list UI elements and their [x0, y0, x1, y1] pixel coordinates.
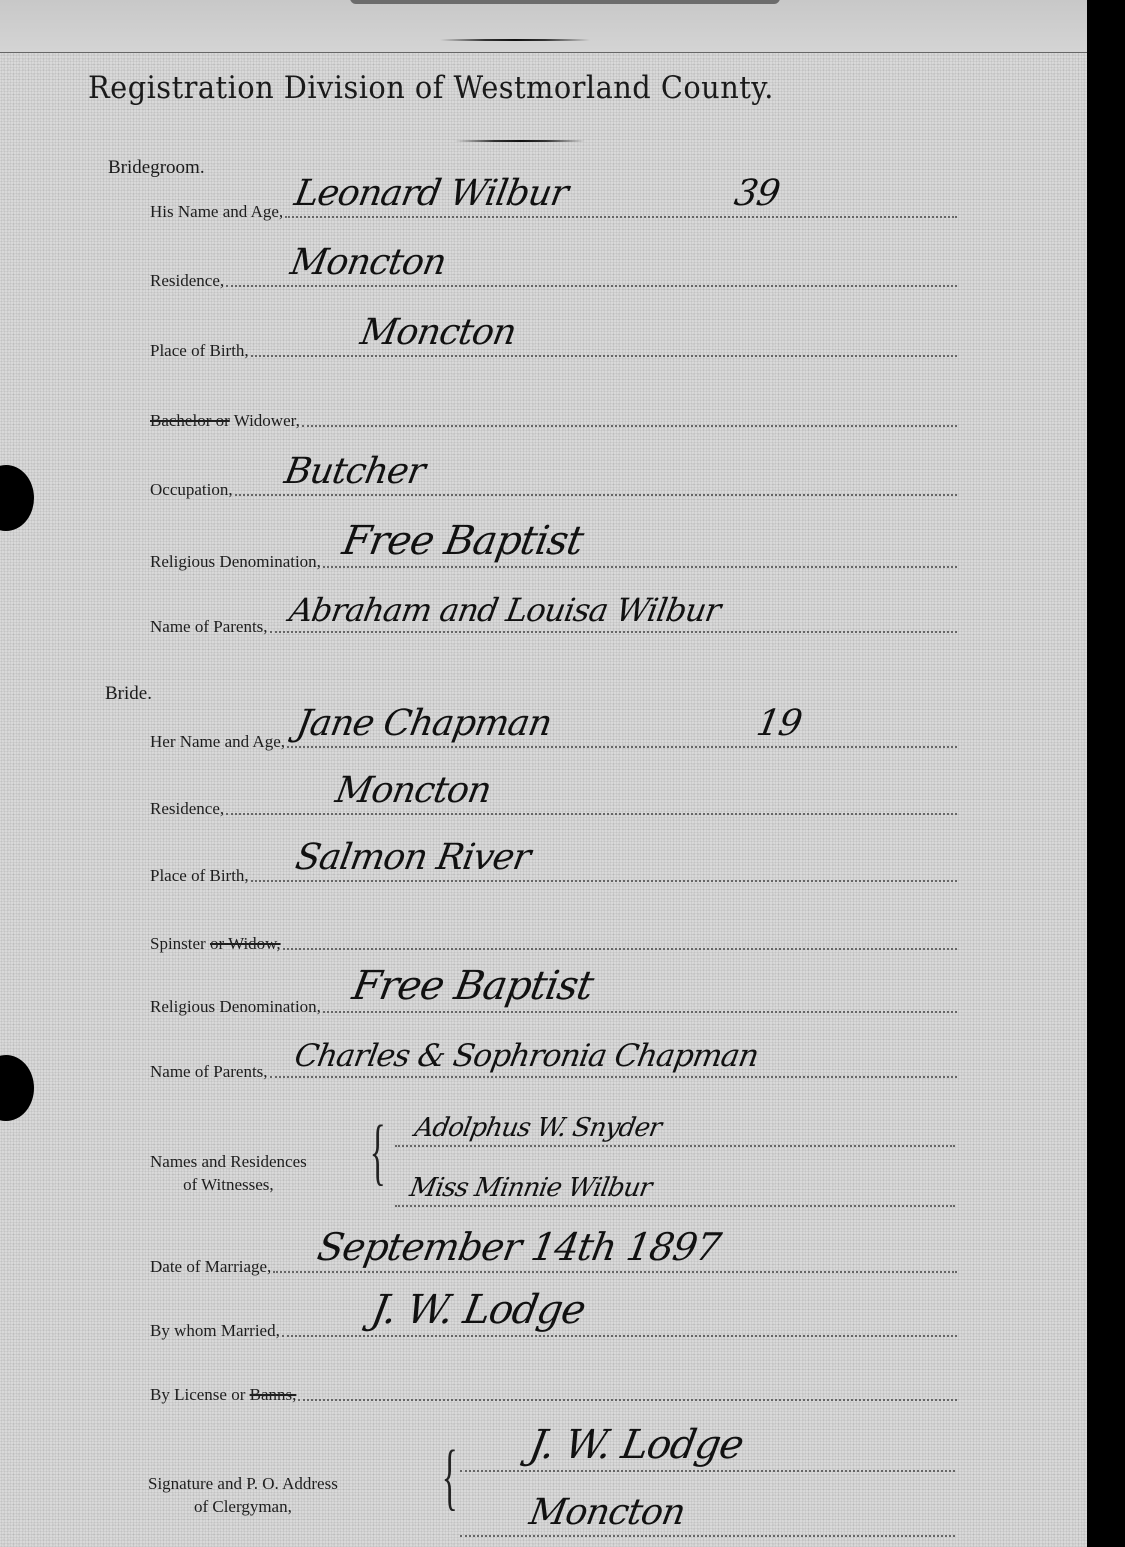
bride-age-value: 19: [753, 703, 804, 744]
officiant-value: J. W. Lodge: [368, 1287, 589, 1333]
cut-off-title-remnant: [350, 0, 780, 4]
bride-name-label: Her Name and Age,: [150, 732, 285, 753]
punch-hole-upper: [0, 465, 34, 531]
ornament-divider: [440, 37, 590, 43]
bride-marital-status-row: Spinster or Widow,: [150, 925, 957, 955]
license-row: By License or Banns,: [150, 1376, 957, 1406]
groom-name-value: Leonard Wilbur: [292, 173, 571, 214]
groom-occupation-line: Butcher: [235, 493, 957, 496]
page-title: Registration Division of Westmorland Cou…: [88, 70, 774, 106]
groom-name-label: His Name and Age,: [150, 202, 283, 223]
groom-parents-label: Name of Parents,: [150, 617, 268, 638]
bride-name-age-row: Her Name and Age, Jane Chapman 19: [150, 723, 957, 753]
bridegroom-section-label: Bridegroom.: [108, 157, 205, 179]
bride-birthplace-value: Salmon River: [292, 837, 533, 878]
witnesses-brace: {: [370, 1115, 386, 1189]
groom-parents-row: Name of Parents, Abraham and Louisa Wilb…: [150, 608, 957, 638]
bride-parents-line: Charles & Sophronia Chapman: [270, 1075, 957, 1078]
struck-bachelor-option: Bachelor or: [150, 411, 230, 430]
officiant-row: By whom Married, J. W. Lodge: [150, 1312, 957, 1342]
groom-residence-label: Residence,: [150, 271, 224, 292]
groom-religion-line: Free Baptist: [323, 565, 957, 568]
marriage-date-line: September 14th 1897: [273, 1270, 957, 1273]
bride-marital-status-label: Spinster or Widow,: [150, 934, 281, 955]
bride-residence-row: Residence, Moncton: [150, 790, 957, 820]
officiant-line: J. W. Lodge: [282, 1334, 957, 1337]
clergyman-label: Signature and P. O. Address of Clergyman…: [148, 1472, 338, 1518]
clergyman-address-value: Moncton: [526, 1492, 687, 1533]
bride-marital-status-line: [283, 947, 957, 950]
bride-name-value: Jane Chapman: [293, 703, 554, 744]
registration-document: Registration Division of Westmorland Cou…: [0, 0, 1087, 1547]
clergyman-label-line2: of Clergyman,: [148, 1495, 338, 1518]
bride-birthplace-label: Place of Birth,: [150, 866, 249, 887]
groom-occupation-value: Butcher: [281, 451, 427, 492]
groom-parents-line: Abraham and Louisa Wilbur: [270, 630, 957, 633]
punch-hole-lower: [0, 1055, 34, 1121]
marriage-date-row: Date of Marriage, September 14th 1897: [150, 1248, 957, 1278]
bride-residence-line: Moncton: [226, 812, 957, 815]
bride-section-label: Bride.: [105, 683, 152, 705]
bride-religion-line: Free Baptist: [323, 1010, 957, 1013]
witness-2-value: Miss Minnie Wilbur: [407, 1173, 653, 1203]
bride-residence-label: Residence,: [150, 799, 224, 820]
bride-name-line: Jane Chapman 19: [287, 745, 957, 748]
groom-birthplace-row: Place of Birth, Moncton: [150, 332, 957, 362]
groom-birthplace-line: Moncton: [251, 354, 957, 357]
groom-occupation-row: Occupation, Butcher: [150, 471, 957, 501]
bride-parents-row: Name of Parents, Charles & Sophronia Cha…: [150, 1053, 957, 1083]
groom-name-line: Leonard Wilbur 39: [285, 215, 957, 218]
bride-religion-value: Free Baptist: [349, 963, 596, 1009]
bride-birthplace-row: Place of Birth, Salmon River: [150, 857, 957, 887]
groom-age-value: 39: [732, 173, 783, 214]
license-option: By License or: [150, 1385, 250, 1404]
marriage-date-value: September 14th 1897: [314, 1225, 723, 1269]
groom-residence-row: Residence, Moncton: [150, 262, 957, 292]
groom-religion-value: Free Baptist: [339, 518, 586, 564]
struck-banns-option: Banns,: [250, 1385, 297, 1404]
top-header-strip: [0, 0, 1087, 53]
groom-parents-value: Abraham and Louisa Wilbur: [286, 591, 722, 629]
bride-parents-label: Name of Parents,: [150, 1062, 268, 1083]
groom-birthplace-value: Moncton: [357, 312, 518, 353]
witnesses-label-line1: Names and Residences: [150, 1150, 307, 1173]
groom-residence-value: Moncton: [287, 242, 448, 283]
spinster-option: Spinster: [150, 934, 210, 953]
groom-marital-status-row: Bachelor or Widower,: [150, 402, 957, 432]
struck-widow-option: or Widow,: [210, 934, 281, 953]
bride-residence-value: Moncton: [332, 770, 493, 811]
clergyman-signature-value: J. W. Lodge: [526, 1422, 747, 1468]
witness-line-2: Miss Minnie Wilbur: [395, 1175, 955, 1207]
license-label: By License or Banns,: [150, 1385, 296, 1406]
groom-religion-label: Religious Denomination,: [150, 552, 321, 573]
widower-option: Widower,: [230, 411, 300, 430]
marriage-date-label: Date of Marriage,: [150, 1257, 271, 1278]
groom-birthplace-label: Place of Birth,: [150, 341, 249, 362]
groom-religion-row: Religious Denomination, Free Baptist: [150, 543, 957, 573]
bride-birthplace-line: Salmon River: [251, 879, 957, 882]
groom-name-age-row: His Name and Age, Leonard Wilbur 39: [150, 193, 957, 223]
bride-religion-label: Religious Denomination,: [150, 997, 321, 1018]
ornament-divider-lower: [455, 138, 585, 144]
clergyman-signature-line: J. W. Lodge: [460, 1440, 955, 1472]
groom-marital-status-line: [302, 424, 957, 427]
bride-parents-value: Charles & Sophronia Chapman: [291, 1038, 760, 1074]
witness-line-1: Adolphus W. Snyder: [395, 1115, 955, 1147]
groom-occupation-label: Occupation,: [150, 480, 233, 501]
clergyman-address-line: Moncton: [460, 1505, 955, 1537]
officiant-label: By whom Married,: [150, 1321, 280, 1342]
clergyman-brace: {: [442, 1440, 458, 1514]
witnesses-label-line2: of Witnesses,: [150, 1173, 307, 1196]
groom-residence-line: Moncton: [226, 284, 957, 287]
license-line: [298, 1398, 957, 1401]
groom-marital-status-label: Bachelor or Widower,: [150, 411, 300, 432]
witness-1-value: Adolphus W. Snyder: [412, 1113, 663, 1143]
clergyman-label-line1: Signature and P. O. Address: [148, 1472, 338, 1495]
bride-religion-row: Religious Denomination, Free Baptist: [150, 988, 957, 1018]
witnesses-label: Names and Residences of Witnesses,: [150, 1150, 307, 1196]
